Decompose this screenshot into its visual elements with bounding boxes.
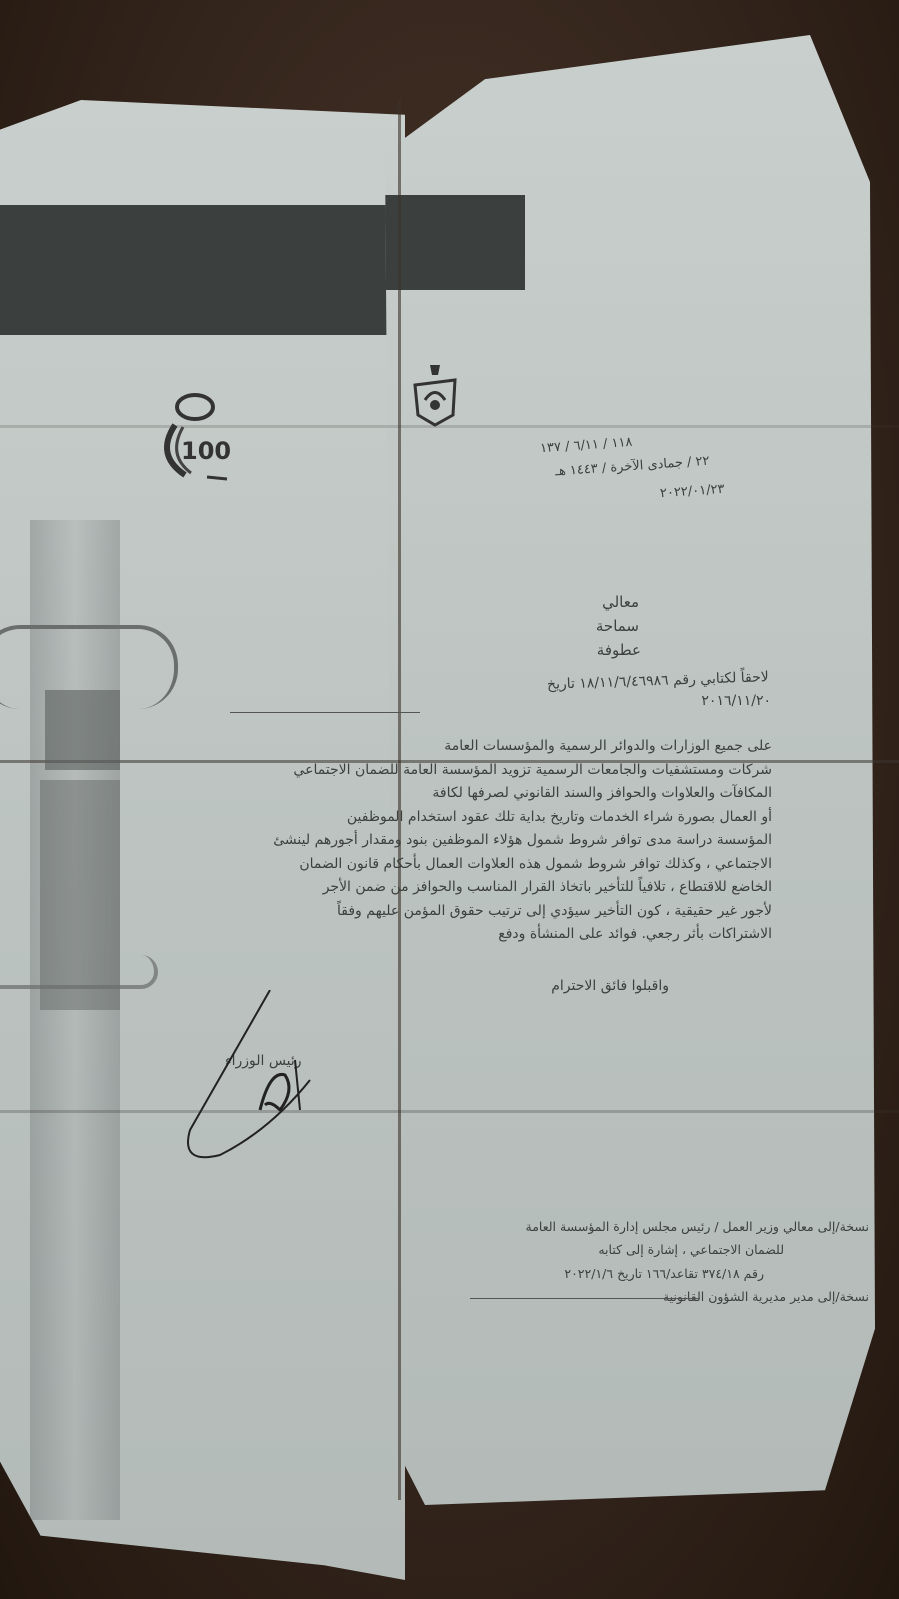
subject-ref-line-2: ٢٠١٦/١١/٢٠ xyxy=(701,690,771,714)
body-line: المكافآت والعلاوات والحوافز والسند القان… xyxy=(232,782,772,806)
fold-line-horizontal-lower xyxy=(0,1110,899,1113)
centenary-100-emblem-icon: 100 xyxy=(155,385,235,495)
jordan-coat-of-arms-icon xyxy=(410,360,460,430)
addressee-3: عطوفة xyxy=(597,638,641,662)
dark-header-band xyxy=(0,205,405,335)
body-line: على جميع الوزارات والدوائر الرسمية والمؤ… xyxy=(232,735,772,759)
cc-underline xyxy=(470,1298,700,1299)
addressee-2: سماحة xyxy=(596,614,639,638)
binder-clip-shadow xyxy=(45,690,120,770)
cc-line-1: نسخة/إلى معالي وزير العمل / رئيس مجلس إد… xyxy=(526,1215,869,1239)
letter-body: على جميع الوزارات والدوائر الرسمية والمؤ… xyxy=(232,735,772,947)
cc-line-2: للضمان الاجتماعي ، إشارة إلى كتابه xyxy=(598,1238,784,1262)
body-line: المؤسسة دراسة مدى توافر شروط شمول هؤلاء … xyxy=(232,829,772,853)
cc-line-4: نسخة/إلى مدير مديرية الشؤون القانونية xyxy=(663,1285,869,1309)
addressee-1: معالي xyxy=(602,590,639,614)
body-line: أو العمال بصورة شراء الخدمات وتاريخ بداي… xyxy=(232,806,772,830)
body-line: الخاضع للاقتطاع ، تلافياً للتأخير باتخاذ… xyxy=(232,876,772,900)
handwritten-signature xyxy=(160,990,340,1180)
binder-ring-shadow-lower xyxy=(0,955,158,989)
body-line: الاشتراكات بأثر رجعي. فوائد على المنشأة … xyxy=(232,923,772,947)
body-line: لأجور غير حقيقية ، كون التأخير سيؤدي إلى… xyxy=(232,900,772,924)
svg-text:100: 100 xyxy=(181,437,231,465)
cc-line-3: رقم ٣٧٤/١٨ تقاعد/١٦٦ تاريخ ٢٠٢٢/١/٦ xyxy=(564,1262,764,1286)
closing-line: واقبلوا فائق الاحترام xyxy=(551,975,669,999)
dark-header-band-right xyxy=(385,195,525,290)
date-underline xyxy=(230,712,420,713)
body-line: الاجتماعي ، وكذلك توافر شروط شمول هذه ال… xyxy=(232,853,772,877)
body-line: شركات ومستشفيات والجامعات الرسمية تزويد … xyxy=(232,759,772,783)
